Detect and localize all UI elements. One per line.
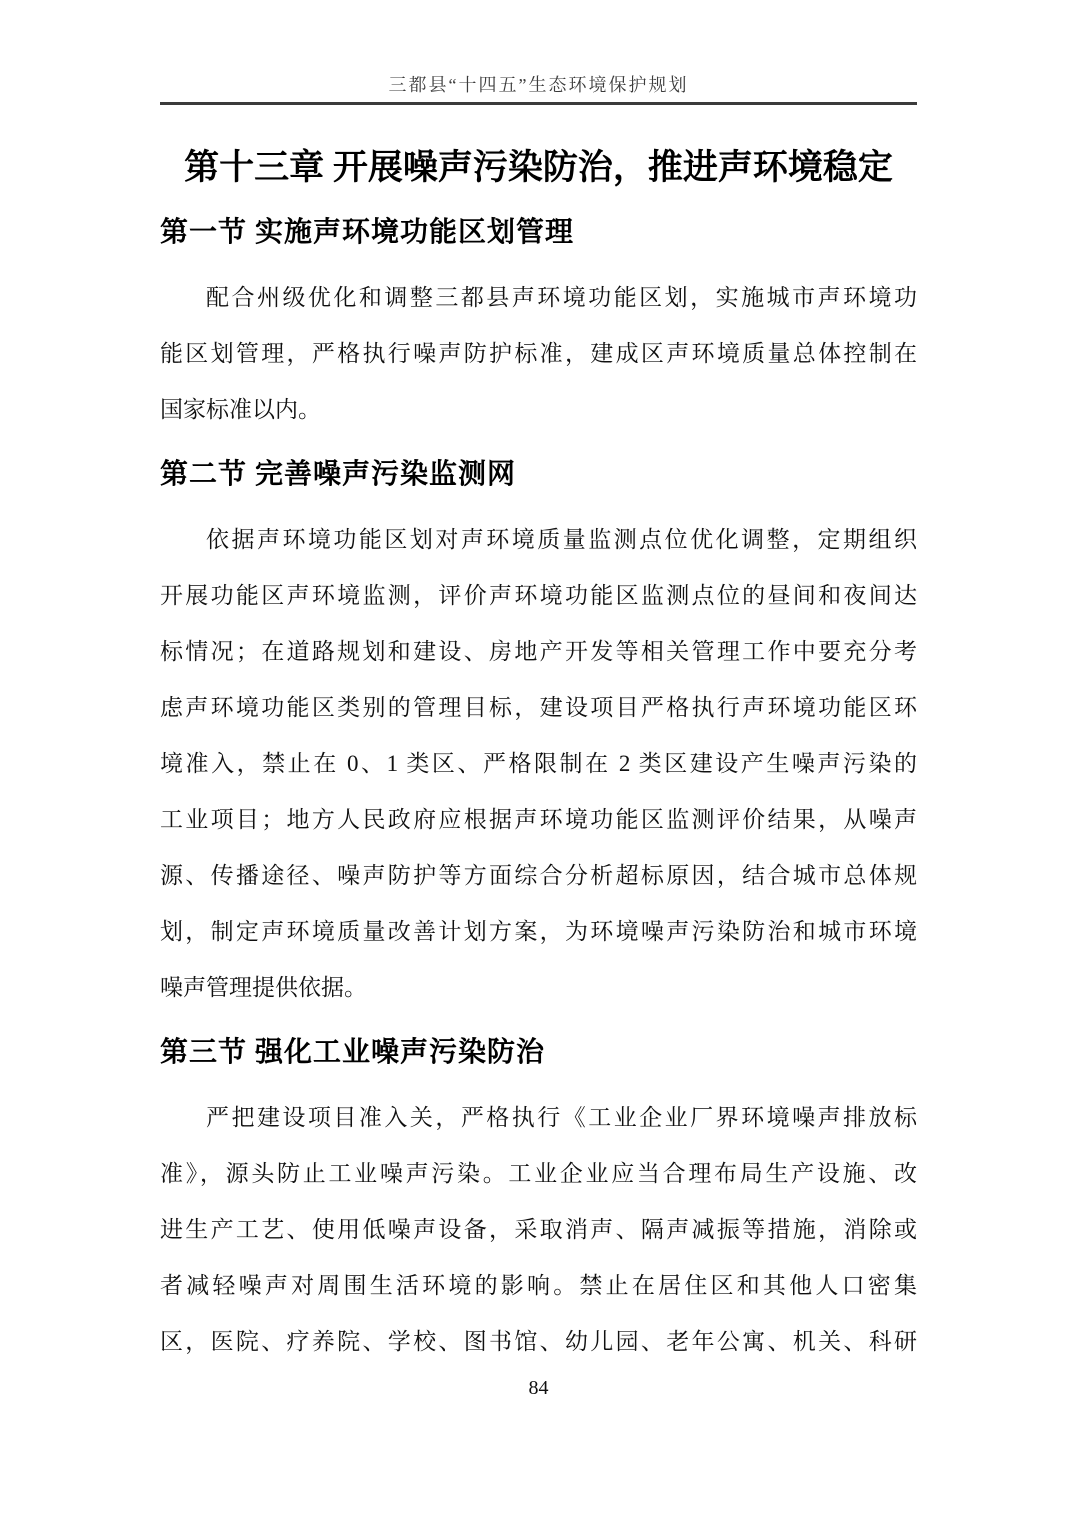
section-heading: 第三节 强化工业噪声污染防治 (160, 1033, 917, 1073)
section-paragraph: 依据声环境功能区划对声环境质量监测点位优化调整，定期组织开展功能区声环境监测，评… (160, 512, 917, 1016)
document-section: 第一节 实施声环境功能区划管理 配合州级优化和调整三都县声环境功能区划，实施城市… (160, 213, 917, 438)
paragraph-line: 噪声管理提供依据。 (160, 960, 917, 1016)
document-section: 第三节 强化工业噪声污染防治 严把建设项目准入关，严格执行《工业企业厂界环境噪声… (160, 1033, 917, 1370)
paragraph-line: 划，制定声环境质量改善计划方案，为环境噪声污染防治和城市环境 (160, 904, 917, 960)
paragraph-line: 国家标准以内。 (160, 382, 917, 438)
paragraph-line: 进生产工艺、使用低噪声设备，采取消声、隔声减振等措施，消除或 (160, 1202, 917, 1258)
paragraph-line: 配合州级优化和调整三都县声环境功能区划，实施城市声环境功 (160, 270, 917, 326)
section-paragraph: 配合州级优化和调整三都县声环境功能区划，实施城市声环境功能区划管理，严格执行噪声… (160, 270, 917, 438)
paragraph-line: 开展功能区声环境监测，评价声环境功能区监测点位的昼间和夜间达 (160, 568, 917, 624)
document-section: 第二节 完善噪声污染监测网 依据声环境功能区划对声环境质量监测点位优化调整，定期… (160, 455, 917, 1016)
section-paragraph: 严把建设项目准入关，严格执行《工业企业厂界环境噪声排放标准》，源头防止工业噪声污… (160, 1090, 917, 1370)
running-header: 三都县“十四五”生态环境保护规划 (160, 76, 917, 94)
page-number: 84 (160, 1378, 917, 1398)
paragraph-line: 准》，源头防止工业噪声污染。工业企业应当合理布局生产设施、改 (160, 1146, 917, 1202)
paragraph-line: 依据声环境功能区划对声环境质量监测点位优化调整，定期组织 (160, 512, 917, 568)
paragraph-line: 标情况；在道路规划和建设、房地产开发等相关管理工作中要充分考 (160, 624, 917, 680)
header-rule (160, 102, 917, 105)
chapter-title: 第十三章 开展噪声污染防治，推进声环境稳定 (160, 144, 917, 192)
paragraph-line: 严把建设项目准入关，严格执行《工业企业厂界环境噪声排放标 (160, 1090, 917, 1146)
paragraph-line: 虑声环境功能区类别的管理目标，建设项目严格执行声环境功能区环 (160, 680, 917, 736)
document-page: 三都县“十四五”生态环境保护规划 第十三章 开展噪声污染防治，推进声环境稳定 第… (0, 0, 1074, 1520)
paragraph-line: 者减轻噪声对周围生活环境的影响。禁止在居住区和其他人口密集 (160, 1258, 917, 1314)
section-heading: 第一节 实施声环境功能区划管理 (160, 213, 917, 253)
paragraph-line: 工业项目；地方人民政府应根据声环境功能区监测评价结果，从噪声 (160, 792, 917, 848)
paragraph-line: 境准入，禁止在 0、1 类区、严格限制在 2 类区建设产生噪声污染的 (160, 736, 917, 792)
paragraph-line: 区，医院、疗养院、学校、图书馆、幼儿园、老年公寓、机关、科研 (160, 1314, 917, 1370)
paragraph-line: 源、传播途径、噪声防护等方面综合分析超标原因，结合城市总体规 (160, 848, 917, 904)
sections-container: 第一节 实施声环境功能区划管理 配合州级优化和调整三都县声环境功能区划，实施城市… (160, 213, 917, 1370)
section-heading: 第二节 完善噪声污染监测网 (160, 455, 917, 495)
paragraph-line: 能区划管理，严格执行噪声防护标准，建成区声环境质量总体控制在 (160, 326, 917, 382)
